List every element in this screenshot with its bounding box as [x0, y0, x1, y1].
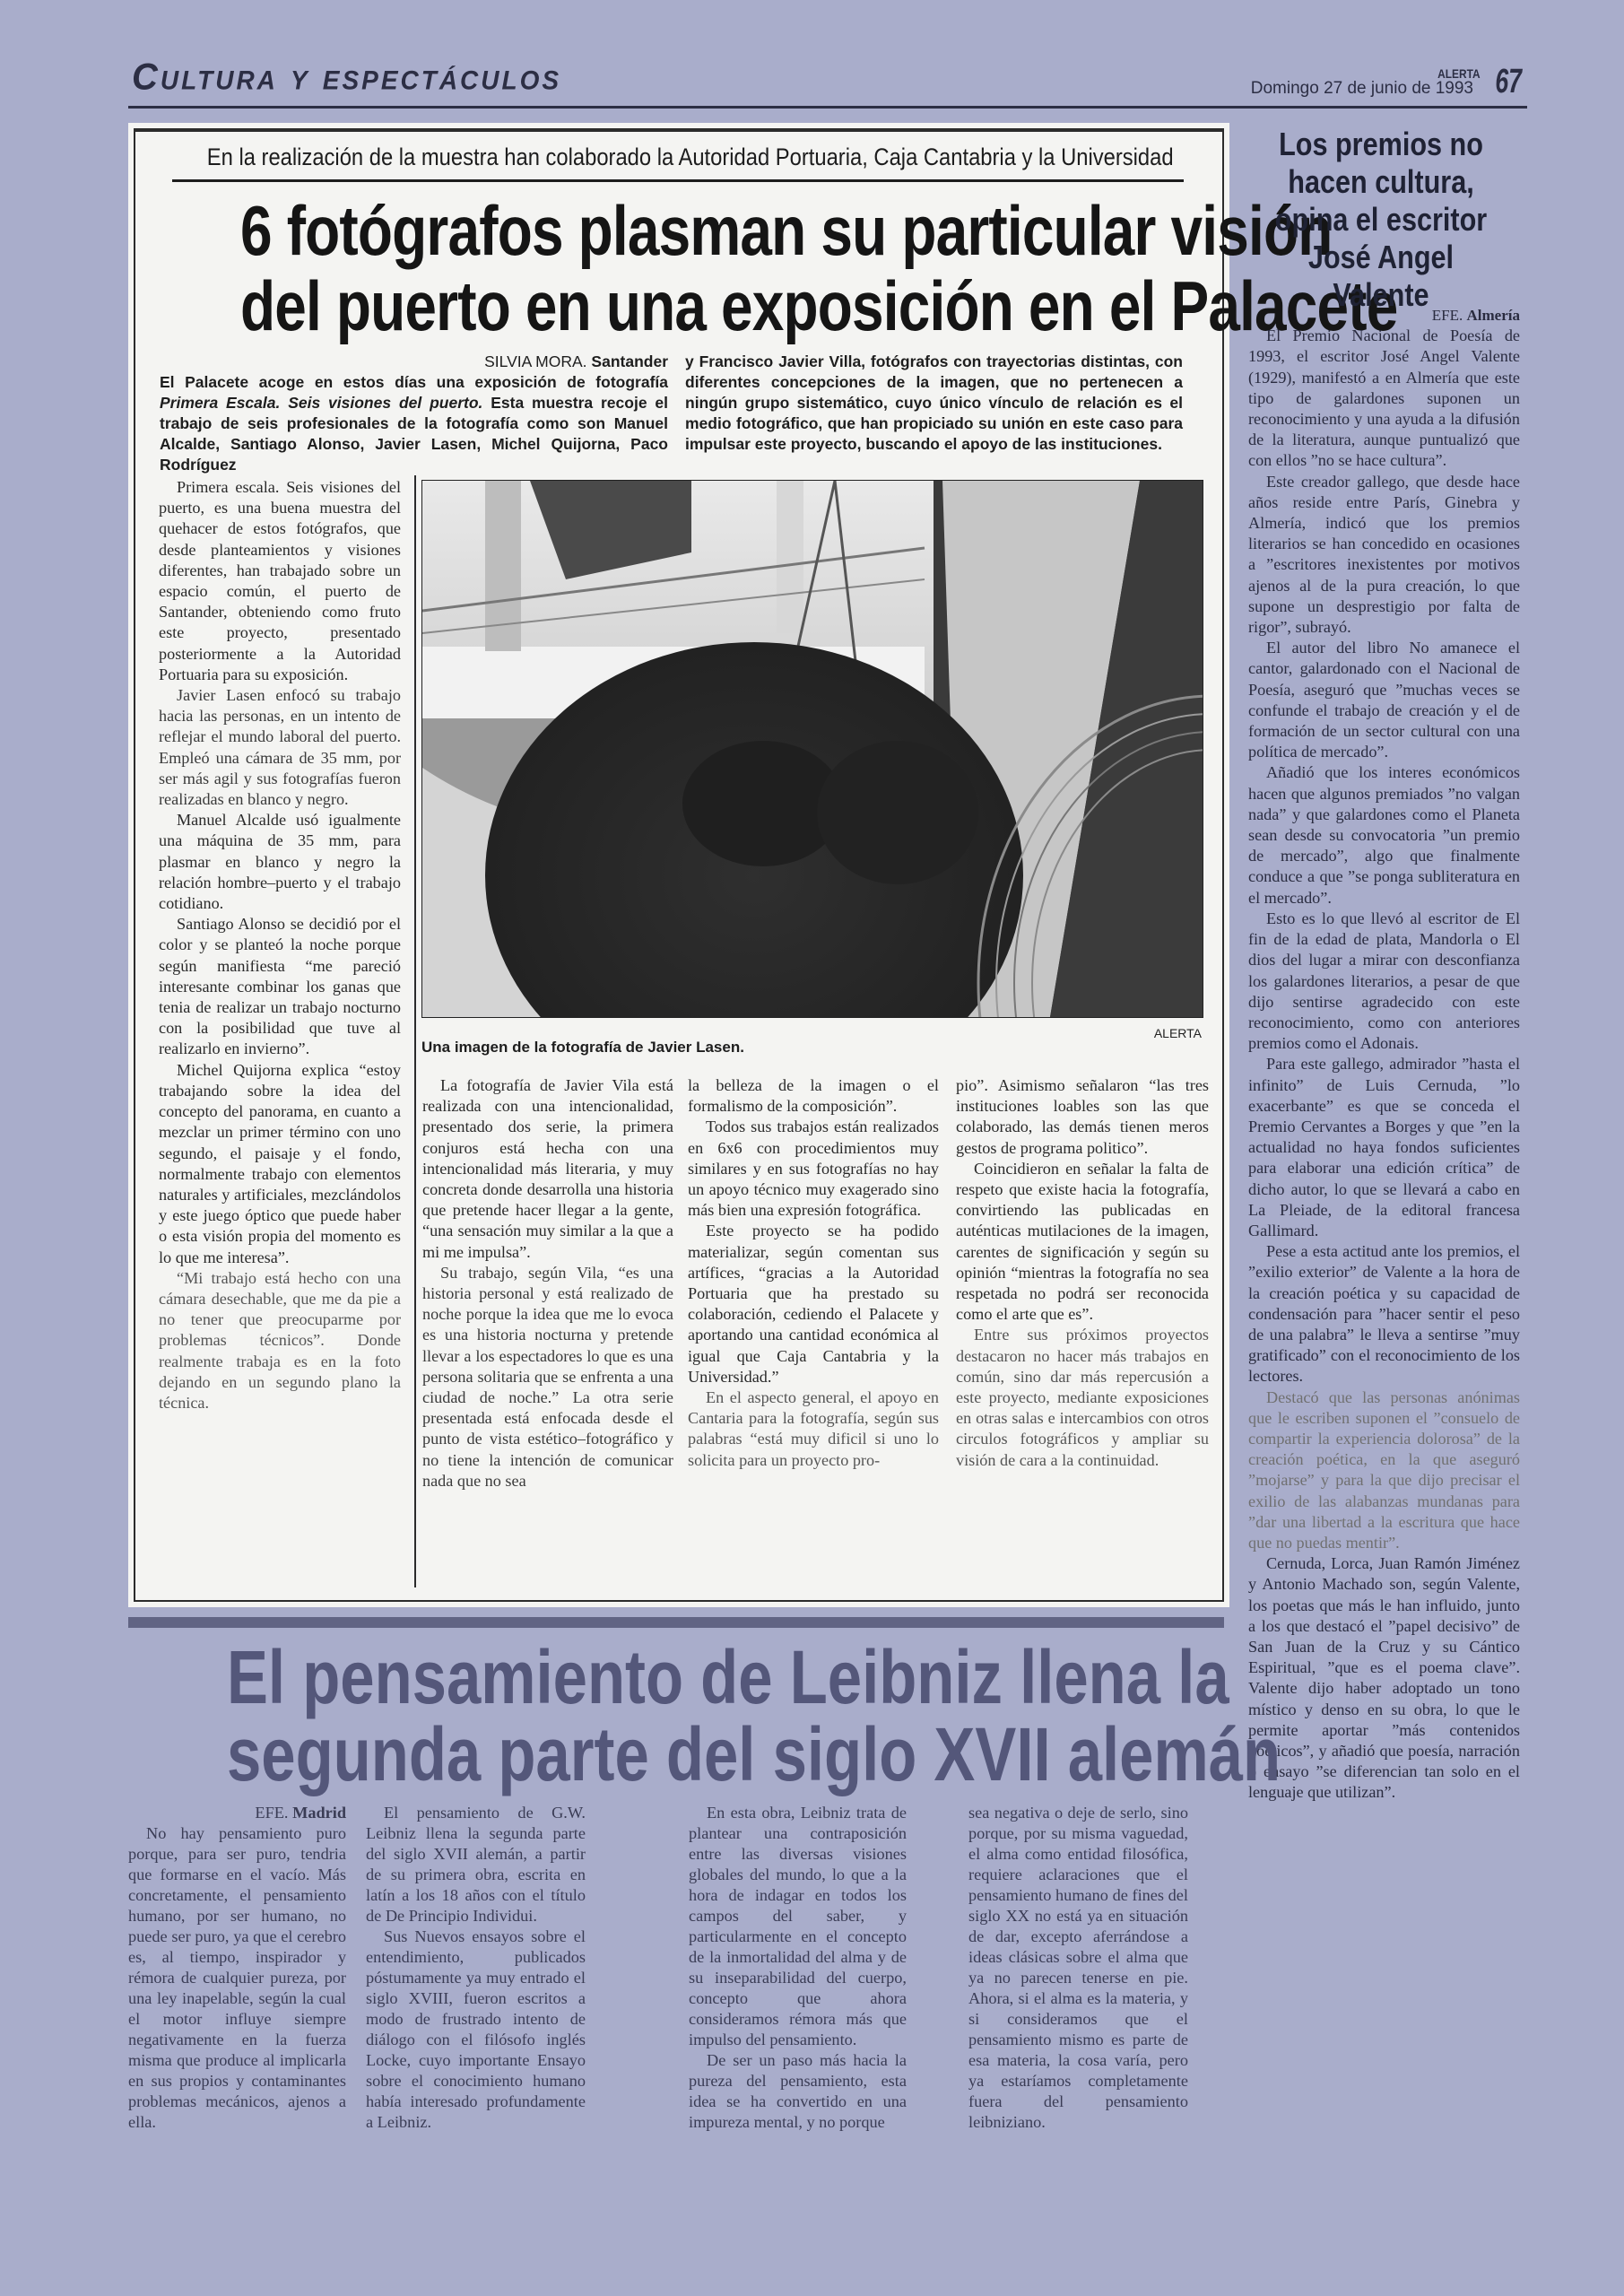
photo-port-cargo-coils: NO SMOKING [422, 481, 1203, 1017]
article-kicker: En la realización de la muestra han cola… [207, 143, 1138, 171]
byline-place: Santander [591, 352, 668, 370]
side-byline: EFE. Almería [1248, 305, 1520, 326]
header-rule [128, 106, 1527, 109]
body-column-2: La fotografía de Javier Vila está realiz… [422, 1075, 673, 1492]
photo-credit: ALERTA [1125, 1026, 1202, 1040]
lead-text-1: El Palacete acoge en estos días una expo… [160, 372, 668, 475]
body-column-4: pio”. Asimismo señalaron “las tres insti… [956, 1075, 1209, 1471]
leibniz-column-3: En esta obra, Leibniz trata de plantear … [689, 1803, 907, 2133]
leibniz-top-bar [128, 1617, 1224, 1628]
side-article-body: EFE. Almería El Premio Nacional de Poesí… [1248, 305, 1520, 1804]
body-column-1: Primera escala. Seis visiones del puerto… [159, 477, 401, 1413]
issue-date: Domingo 27 de junio de 1993 [1251, 79, 1473, 99]
leibniz-column-4: sea negativa o deje de serlo, sino porqu… [968, 1803, 1188, 2133]
leibniz-column-1: EFE. Madrid No hay pensamiento puro porq… [128, 1803, 346, 2133]
body-column-3: la belleza de la imagen o el formalismo … [688, 1075, 939, 1471]
leibniz-byline: EFE. Madrid [128, 1803, 346, 1823]
byline: SILVIA MORA. Santander [160, 352, 668, 372]
photo-caption: Una imagen de la fotografía de Javier La… [421, 1039, 744, 1057]
main-headline-line-2: del puerto en una exposición en el Palac… [240, 271, 1123, 341]
article-photo: NO SMOKING [421, 480, 1203, 1018]
kicker-underline [172, 179, 1184, 182]
column-rule [414, 475, 416, 1587]
page-number: 67 [1495, 63, 1522, 101]
section-title: Cultura y espectáculos [132, 57, 561, 99]
leibniz-column-2: El pensamiento de G.W. Leibniz llena la … [366, 1803, 586, 2133]
byline-author: SILVIA MORA. [484, 352, 586, 370]
lead-column-2: y Francisco Javier Villa, fotógrafos con… [685, 352, 1183, 455]
lead-column-1: SILVIA MORA. Santander El Palacete acoge… [160, 352, 668, 475]
leibniz-headline-line-2: segunda parte del siglo XVII alemán [227, 1717, 1125, 1792]
side-headline: Los premios no hacen cultura, opina el e… [1259, 126, 1503, 314]
main-headline-line-1: 6 fotógrafos plasman su particular visió… [240, 196, 1123, 265]
leibniz-headline-line-1: El pensamiento de Leibniz llena la [227, 1639, 1125, 1715]
